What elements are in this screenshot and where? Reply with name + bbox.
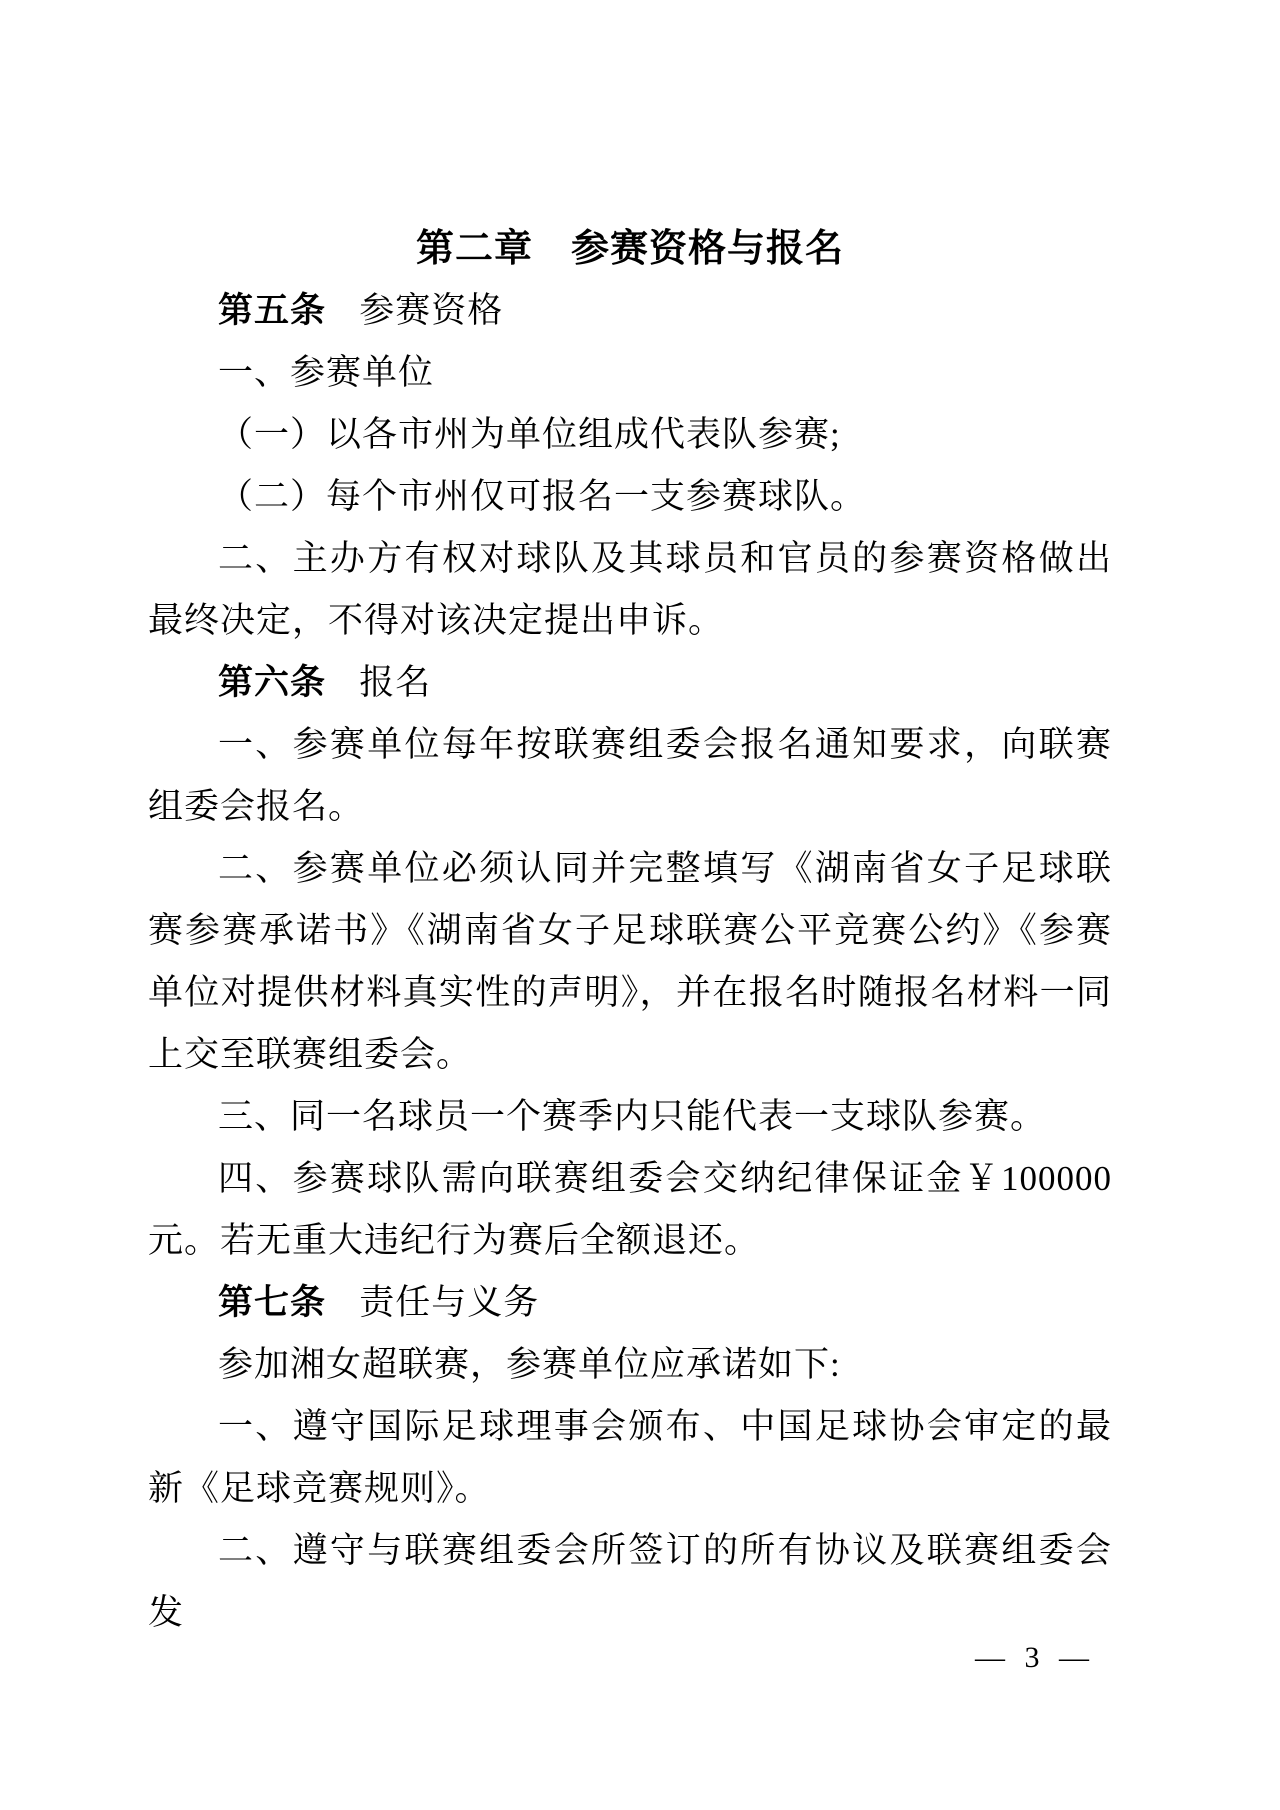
article-title: 参赛资格: [359, 291, 503, 330]
chapter-name: 参赛资格与报名: [571, 228, 844, 270]
document-page: 第二章参赛资格与报名 第五条参赛资格 一、参赛单位 （一）以各市州为单位组成代表…: [0, 0, 1280, 1810]
article-number: 第六条: [218, 663, 326, 702]
article-number: 第七条: [218, 1283, 326, 1322]
paragraph: 一、参赛单位: [148, 342, 1112, 404]
paragraph: 一、参赛单位每年按联赛组委会报名通知要求，向联赛组委会报名。: [148, 714, 1112, 838]
chapter-number: 第二章: [416, 228, 533, 270]
article-number: 第五条: [218, 291, 326, 330]
chapter-title: 第二章参赛资格与报名: [148, 218, 1112, 280]
article-title: 报名: [359, 663, 431, 702]
paragraph: 四、参赛球队需向联赛组委会交纳纪律保证金￥100000 元。若无重大违纪行为赛后…: [148, 1148, 1112, 1272]
paragraph: 一、遵守国际足球理事会颁布、中国足球协会审定的最新《足球竞赛规则》。: [148, 1396, 1112, 1520]
paragraph: （一）以各市州为单位组成代表队参赛;: [148, 404, 1112, 466]
article-title: 责任与义务: [359, 1283, 539, 1322]
document-content: 第二章参赛资格与报名 第五条参赛资格 一、参赛单位 （一）以各市州为单位组成代表…: [148, 218, 1112, 1644]
paragraph: 二、遵守与联赛组委会所签订的所有协议及联赛组委会发: [148, 1520, 1112, 1644]
article-heading: 第七条责任与义务: [148, 1272, 1112, 1334]
paragraph: 参加湘女超联赛，参赛单位应承诺如下:: [148, 1334, 1112, 1396]
paragraph: （二）每个市州仅可报名一支参赛球队。: [148, 466, 1112, 528]
paragraph: 三、同一名球员一个赛季内只能代表一支球队参赛。: [148, 1086, 1112, 1148]
article-heading: 第六条报名: [148, 652, 1112, 714]
paragraph: 二、主办方有权对球队及其球员和官员的参赛资格做出最终决定，不得对该决定提出申诉。: [148, 528, 1112, 652]
paragraph: 二、参赛单位必须认同并完整填写《湖南省女子足球联赛参赛承诺书》《湖南省女子足球联…: [148, 838, 1112, 1086]
article-heading: 第五条参赛资格: [148, 280, 1112, 342]
page-number: — 3 —: [955, 1638, 1115, 1678]
